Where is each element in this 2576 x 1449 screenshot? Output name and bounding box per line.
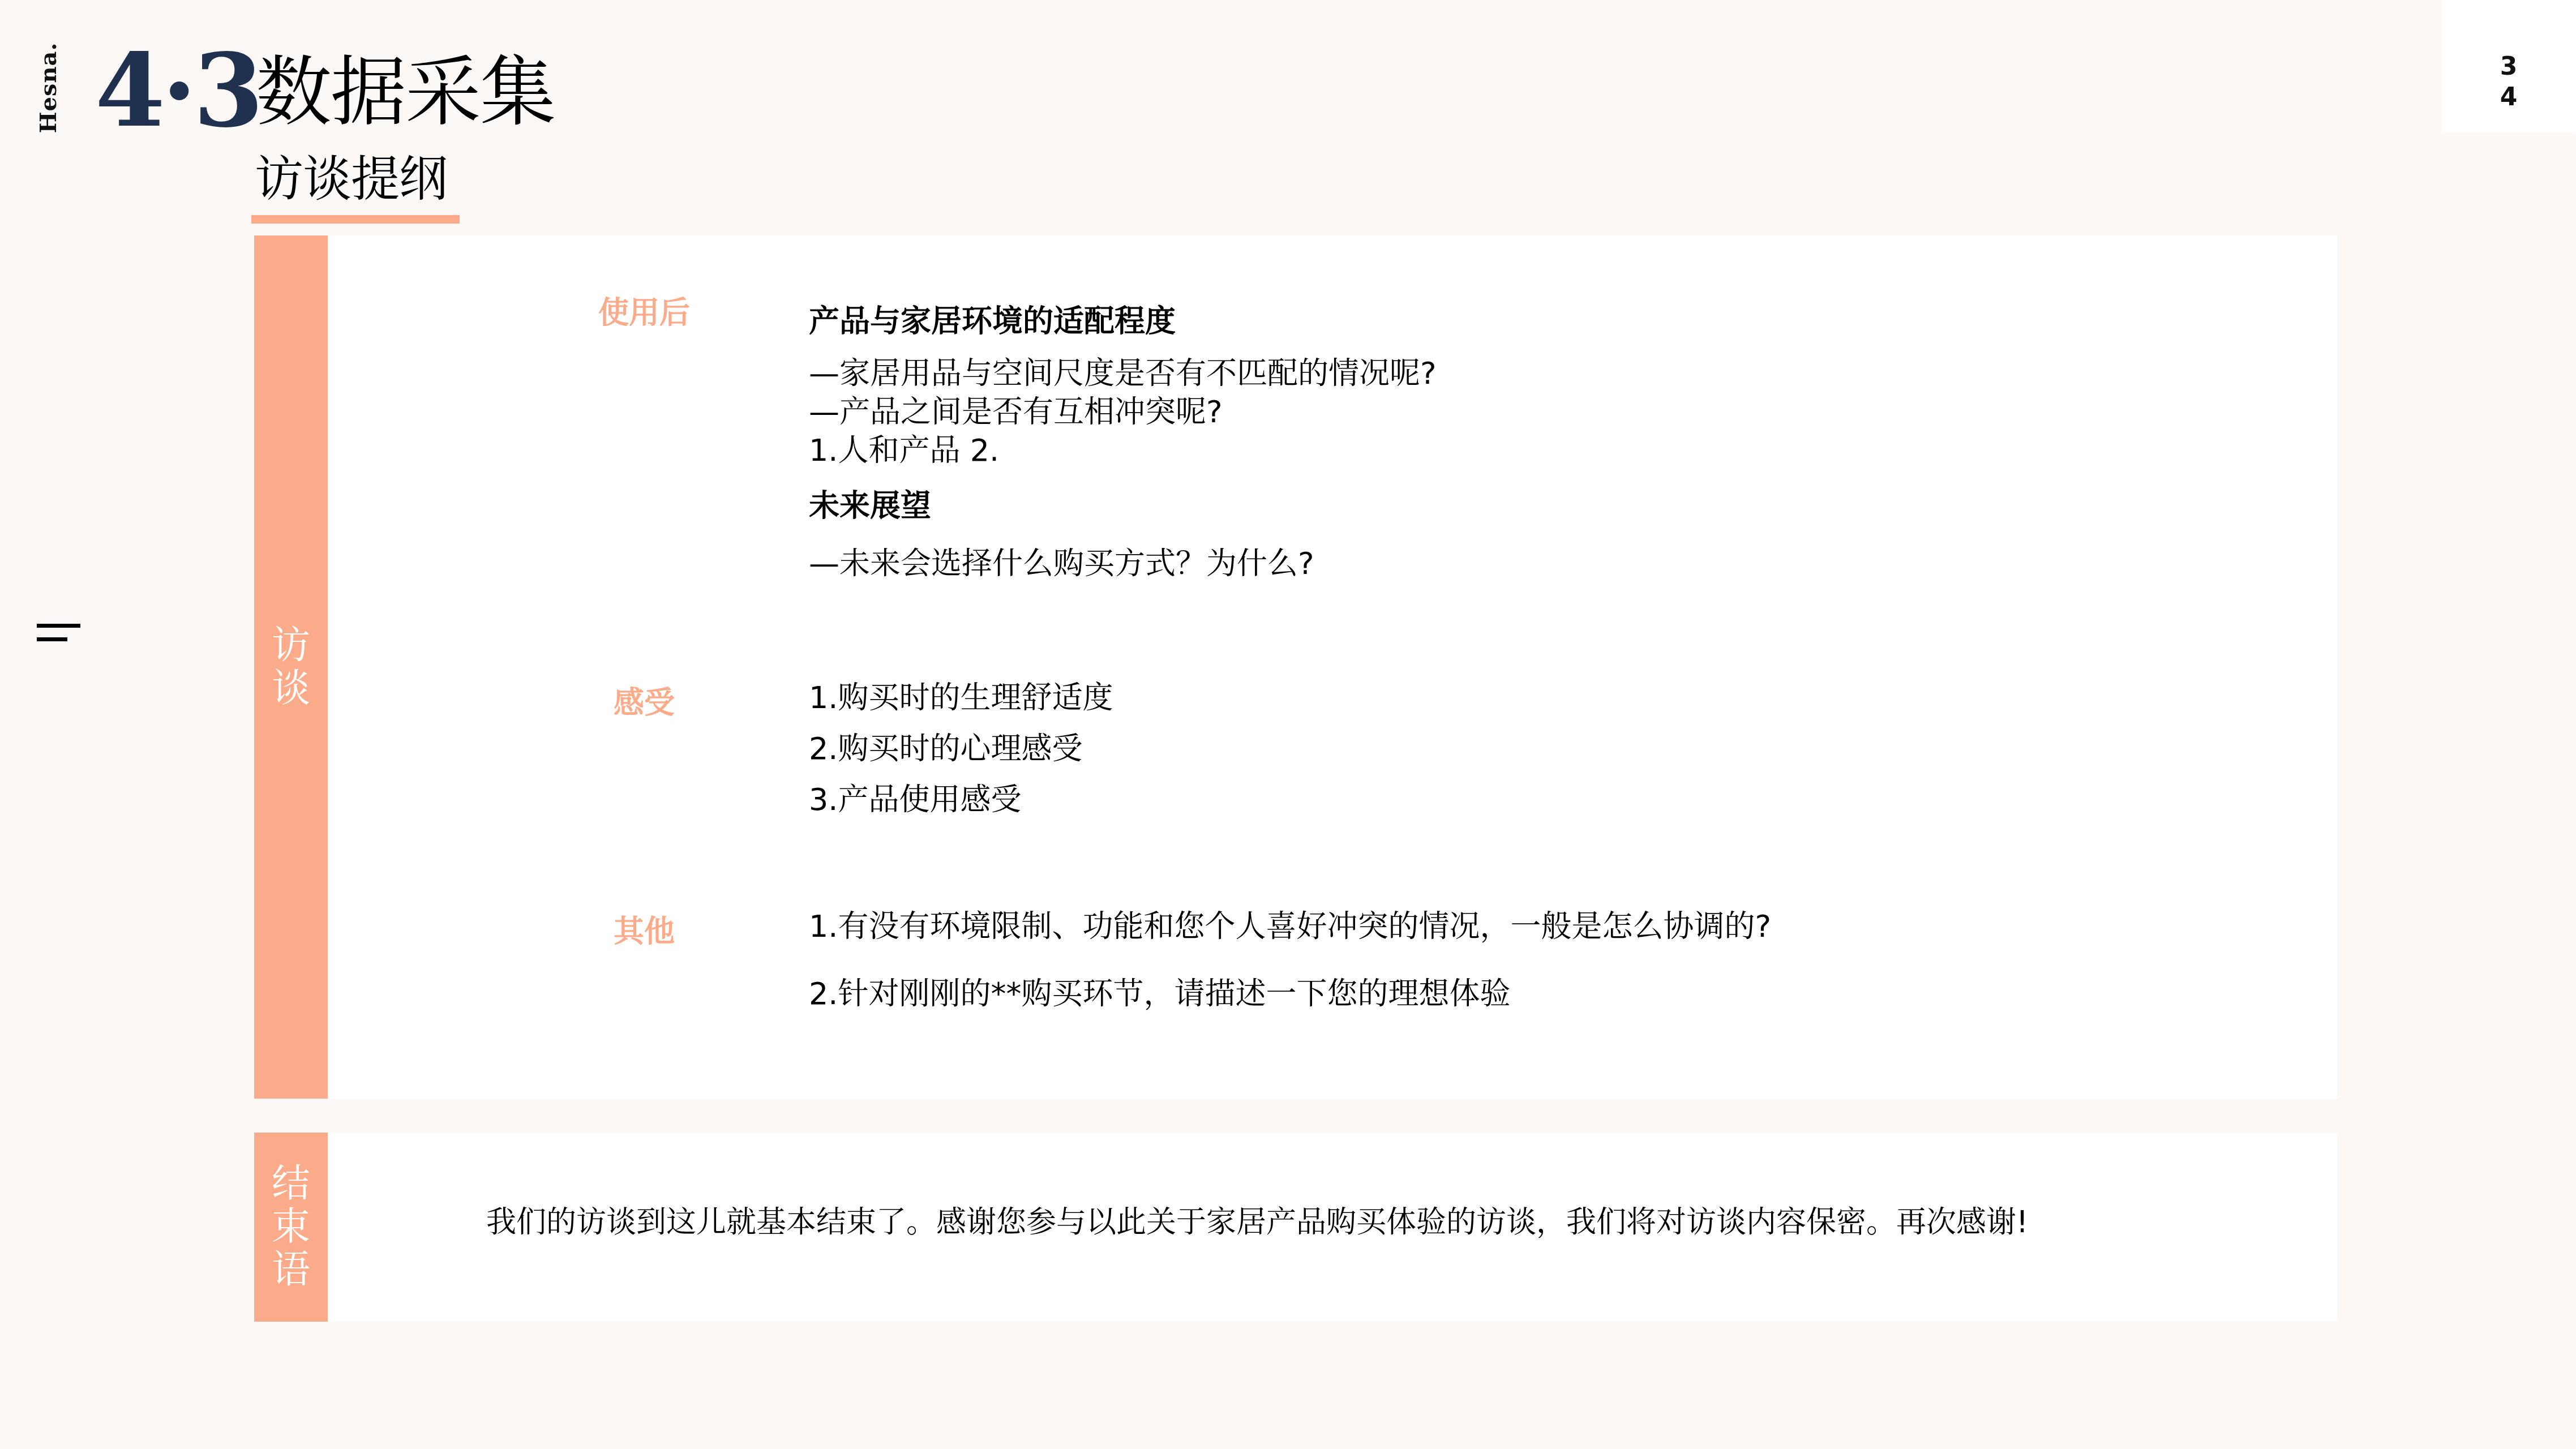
- page-digit-1: 3: [2441, 52, 2576, 81]
- block-line: —家居用品与空间尺度是否有不匹配的情况呢?: [809, 354, 1437, 393]
- closing-side-label: 结束语: [269, 1163, 312, 1292]
- block-heading-fit: 产品与家居环境的适配程度: [809, 302, 1176, 341]
- closing-side-tab: 结束语: [254, 1133, 328, 1322]
- page-subtitle: 访谈提纲: [255, 148, 447, 211]
- feeling-line: 2.购买时的心理感受: [809, 730, 1083, 768]
- section-label-after-use: 使用后: [559, 296, 729, 330]
- section-label-other: 其他: [559, 915, 729, 949]
- brand-logo: Hesna.: [23, 45, 74, 130]
- page-title: 数据采集: [256, 44, 555, 140]
- other-line: 1.有没有环境限制、功能和您个人喜好冲突的情况，一般是怎么协调的?: [809, 907, 1771, 946]
- page-digit-2: 4: [2441, 83, 2576, 112]
- block-line: —产品之间是否有互相冲突呢?: [809, 393, 1223, 431]
- closing-text: 我们的访谈到这儿就基本结束了。感谢您参与以此关于家居产品购买体验的访谈，我们将对…: [486, 1203, 2028, 1242]
- brand-logo-text: Hesna.: [35, 42, 62, 134]
- interview-side-tab: 访谈: [254, 235, 328, 1099]
- page-indicator: 3 4: [2441, 0, 2576, 133]
- menu-icon[interactable]: [37, 624, 82, 646]
- interview-side-label: 访谈: [269, 624, 312, 710]
- block-line: —未来会选择什么购买方式？为什么?: [809, 545, 1314, 583]
- section-number: 4·3: [95, 40, 260, 142]
- subtitle-underline: [251, 215, 460, 224]
- section-label-feelings: 感受: [559, 686, 729, 720]
- block-heading-future: 未来展望: [809, 487, 931, 525]
- feeling-line: 1.购买时的生理舒适度: [809, 679, 1113, 717]
- other-line: 2.针对刚刚的**购买环节，请描述一下您的理想体验: [809, 975, 1511, 1013]
- menu-bar-top: [37, 624, 80, 628]
- menu-bar-bottom: [37, 637, 67, 641]
- block-line: 1.人和产品 2.: [809, 431, 999, 470]
- feeling-line: 3.产品使用感受: [809, 781, 1022, 819]
